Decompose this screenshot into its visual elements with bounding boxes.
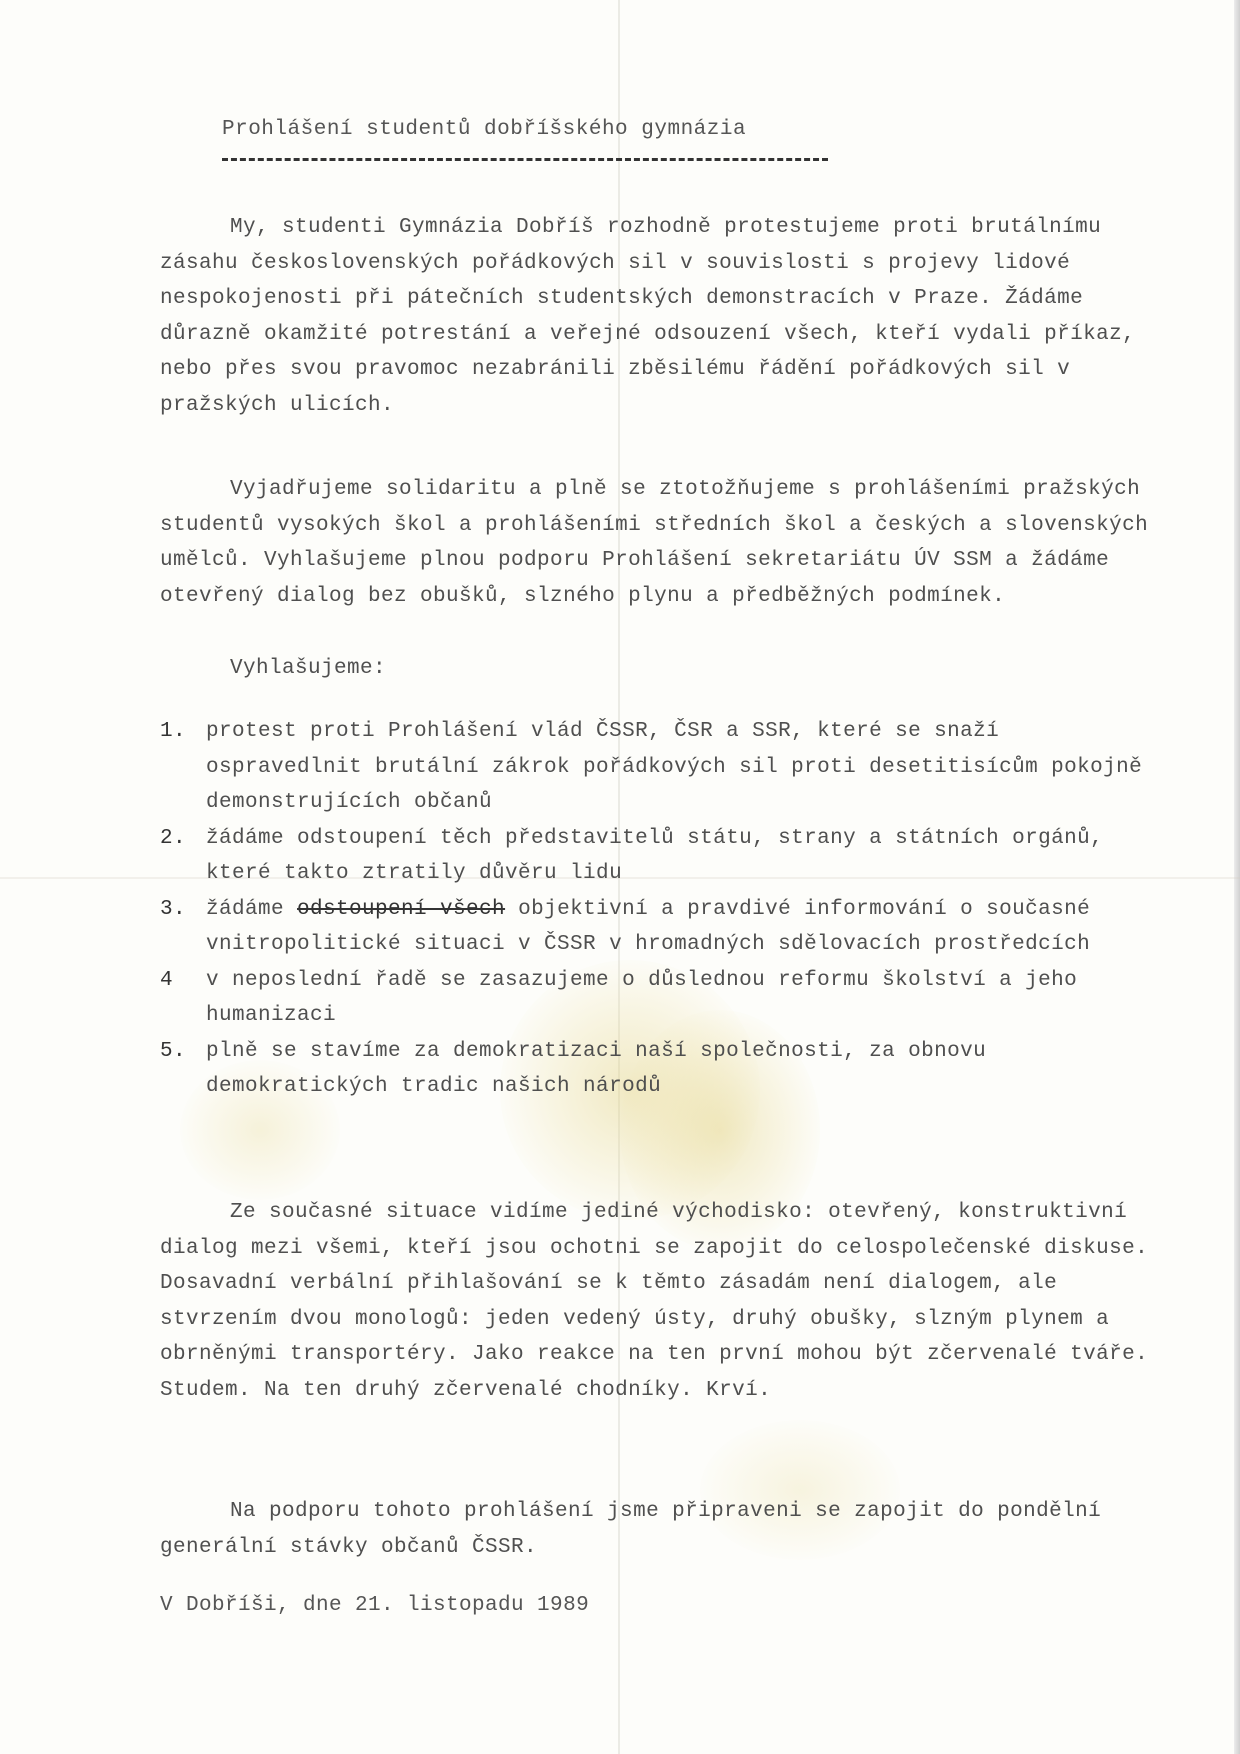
demand-item: 3. žádáme odstoupení všech objektivní a …: [160, 892, 1160, 963]
demand-text: v neposlední řadě se zasazujeme o důsled…: [206, 963, 1160, 1034]
document-title: Prohlášení studentů dobříšského gymnázia: [222, 118, 746, 141]
demand-item: 2. žádáme odstoupení těch představitelů …: [160, 821, 1160, 892]
situation-paragraph: Ze současné situace vidíme jediné východ…: [160, 1195, 1160, 1408]
demand-number: 4: [160, 963, 206, 1034]
struck-out-text: odstoupení všech: [297, 898, 505, 921]
intro-paragraph: My, studenti Gymnázia Dobříš rozhodně pr…: [160, 210, 1160, 423]
strike-paragraph: Na podporu tohoto prohlášení jsme připra…: [160, 1494, 1160, 1565]
demand-item: 5. plně se stavíme za demokratizaci naší…: [160, 1034, 1160, 1105]
demand-number: 5.: [160, 1034, 206, 1105]
declare-heading: Vyhlašujeme:: [160, 651, 1160, 687]
demand-text: plně se stavíme za demokratizaci naší sp…: [206, 1034, 1160, 1105]
demand-text: žádáme odstoupení těch představitelů stá…: [206, 821, 1160, 892]
solidarity-paragraph: Vyjadřujeme solidaritu a plně se ztotožň…: [160, 472, 1160, 614]
demand-number: 3.: [160, 892, 206, 963]
demand-number: 1.: [160, 714, 206, 821]
demand-number: 2.: [160, 821, 206, 892]
demand-item: 4 v neposlední řadě se zasazujeme o důsl…: [160, 963, 1160, 1034]
demand-item: 1. protest proti Prohlášení vlád ČSSR, Č…: [160, 714, 1160, 821]
demands-list: 1. protest proti Prohlášení vlád ČSSR, Č…: [160, 714, 1160, 1105]
demand-text: žádáme odstoupení všech objektivní a pra…: [206, 892, 1160, 963]
demand-prefix: žádáme: [206, 898, 284, 921]
place-and-date: V Dobříši, dne 21. listopadu 1989: [160, 1594, 589, 1617]
title-underline: [222, 158, 828, 161]
demand-text: protest proti Prohlášení vlád ČSSR, ČSR …: [206, 714, 1160, 821]
